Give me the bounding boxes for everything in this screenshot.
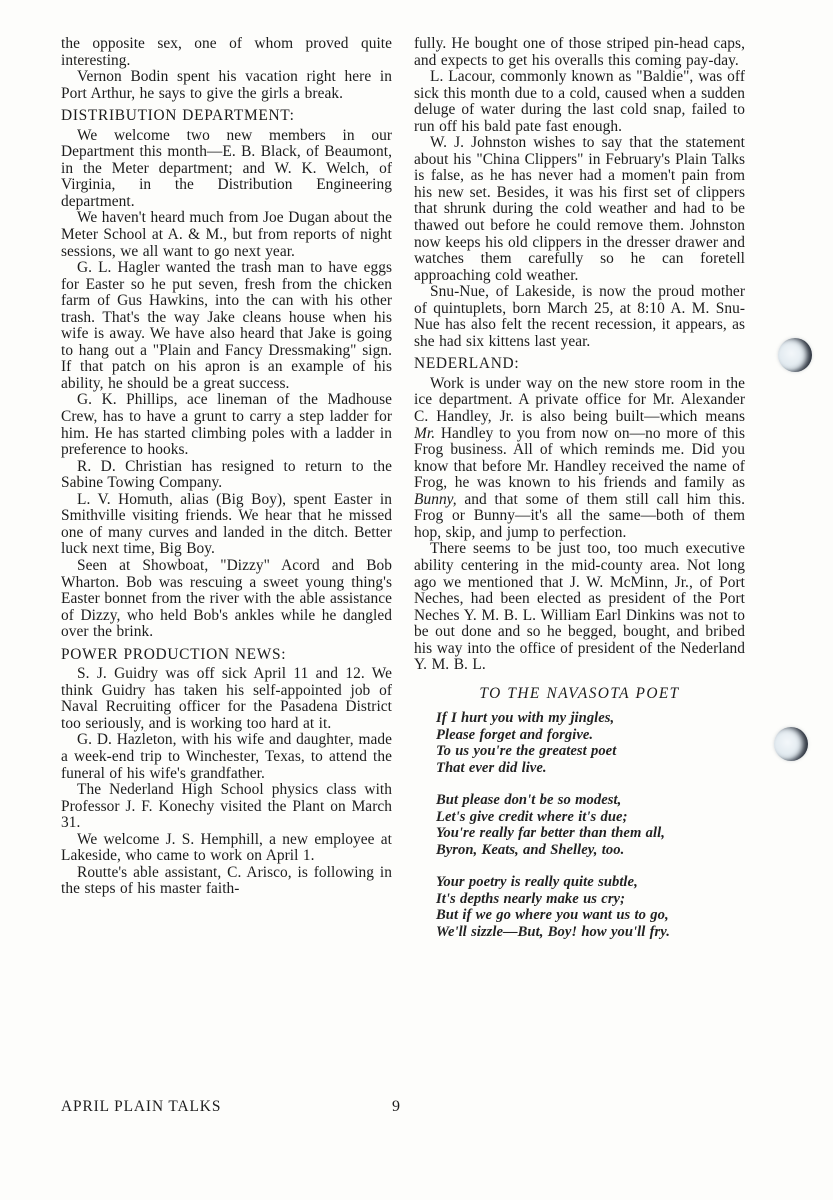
- article-paragraph: R. D. Christian has resigned to return t…: [61, 459, 392, 492]
- article-paragraph: G. D. Hazleton, with his wife and daught…: [61, 732, 392, 782]
- poem-line: That ever did live.: [436, 760, 745, 777]
- poem-stanza: If I hurt you with my jingles,Please for…: [436, 710, 745, 776]
- article-paragraph: the opposite sex, one of whom proved qui…: [61, 36, 392, 69]
- right-column-articles: fully. He bought one of those striped pi…: [414, 36, 745, 674]
- text-run: and that some of them still call him thi…: [414, 491, 745, 541]
- poem-stanza: Your poetry is really quite subtle,It's …: [436, 874, 745, 940]
- article-paragraph: W. J. Johnston wishes to say that the st…: [414, 135, 745, 284]
- newsletter-page: the opposite sex, one of whom proved qui…: [0, 0, 833, 1200]
- article-paragraph: Vernon Bodin spent his vacation right he…: [61, 69, 392, 102]
- article-paragraph: Snu-Nue, of Lakeside, is now the proud m…: [414, 284, 745, 350]
- left-column: the opposite sex, one of whom proved qui…: [61, 36, 392, 898]
- poem-line: If I hurt you with my jingles,: [436, 710, 745, 727]
- poem-line: You're really far better than them all,: [436, 825, 745, 842]
- footer-publication-title: APRIL PLAIN TALKS: [61, 1098, 221, 1116]
- article-paragraph: G. L. Hagler wanted the trash man to hav…: [61, 260, 392, 392]
- article-paragraph: Seen at Showboat, "Dizzy" Acord and Bob …: [61, 558, 392, 641]
- article-paragraph: The Nederland High School physics class …: [61, 782, 392, 832]
- section-heading: POWER PRODUCTION NEWS:: [61, 647, 392, 664]
- poem-title: TO THE NAVASOTA POET: [414, 686, 745, 703]
- poem-line: Your poetry is really quite subtle,: [436, 874, 745, 891]
- poem-line: We'll sizzle—But, Boy! how you'll fry.: [436, 924, 745, 941]
- section-heading: NEDERLAND:: [414, 356, 745, 373]
- article-paragraph: Routte's able assistant, C. Arisco, is f…: [61, 865, 392, 898]
- poem-stanza: But please don't be so modest,Let's give…: [436, 792, 745, 858]
- poem: If I hurt you with my jingles,Please for…: [436, 710, 745, 940]
- poem-line: But please don't be so modest,: [436, 792, 745, 809]
- binder-hole: [774, 727, 808, 761]
- poem-line: Let's give credit where it's due;: [436, 809, 745, 826]
- article-paragraph: There seems to be just too, too much exe…: [414, 541, 745, 673]
- poem-line: It's depths nearly make us cry;: [436, 891, 745, 908]
- poem-line: Please forget and forgive.: [436, 727, 745, 744]
- binder-hole: [778, 338, 812, 372]
- article-paragraph: L. V. Homuth, alias (Big Boy), spent Eas…: [61, 492, 392, 558]
- text-run: Handley to you from now on—no more of th…: [414, 425, 745, 492]
- poem-line: Byron, Keats, and Shelley, too.: [436, 842, 745, 859]
- article-paragraph: We welcome J. S. Hemphill, a new employe…: [61, 832, 392, 865]
- poem-line: But if we go where you want us to go,: [436, 907, 745, 924]
- right-column: fully. He bought one of those striped pi…: [414, 36, 745, 956]
- page-number: 9: [392, 1098, 400, 1116]
- article-paragraph: L. Lacour, commonly known as "Baldie", w…: [414, 69, 745, 135]
- article-paragraph: G. K. Phillips, ace lineman of the Madho…: [61, 392, 392, 458]
- article-paragraph: We welcome two new members in our Depart…: [61, 128, 392, 211]
- article-paragraph: We haven't heard much from Joe Dugan abo…: [61, 210, 392, 260]
- poem-line: To us you're the greatest poet: [436, 743, 745, 760]
- text-run: Work is under way on the new store room …: [414, 375, 745, 425]
- section-heading: DISTRIBUTION DEPARTMENT:: [61, 108, 392, 125]
- article-paragraph: S. J. Guidry was off sick April 11 and 1…: [61, 666, 392, 732]
- italic-emphasis: Bunny,: [414, 491, 457, 508]
- article-paragraph: Work is under way on the new store room …: [414, 376, 745, 541]
- article-paragraph: fully. He bought one of those striped pi…: [414, 36, 745, 69]
- italic-emphasis: Mr.: [414, 425, 435, 442]
